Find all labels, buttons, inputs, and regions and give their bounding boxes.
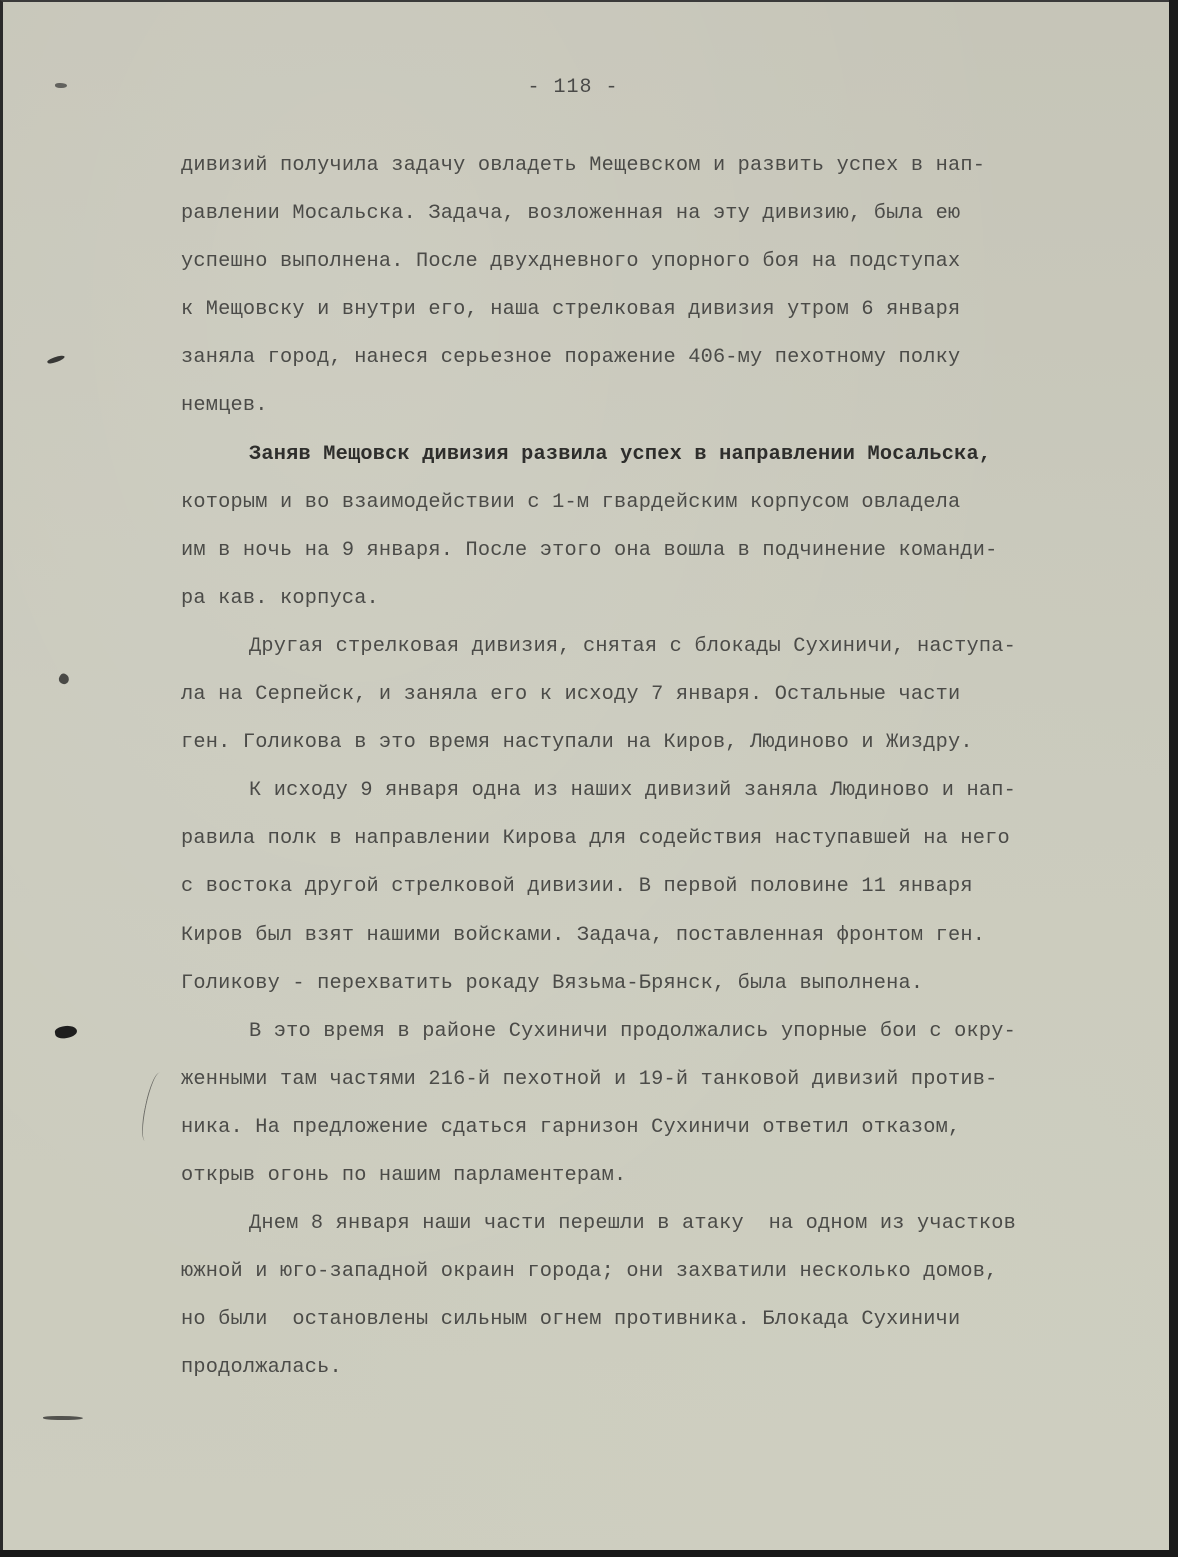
text-line: равлении Мосальска. Задача, возложенная … [181, 190, 1151, 238]
text-line: к Мещовску и внутри его, наша стрелковая… [181, 286, 1151, 334]
text-line: В это время в районе Сухиничи продолжали… [181, 1008, 1151, 1056]
punch-hole-mark [54, 1024, 78, 1040]
text-line: равила полк в направлении Кирова для сод… [181, 815, 1151, 863]
text-line: ра кав. корпуса. [181, 575, 1151, 623]
text-line: успешно выполнена. После двухдневного уп… [181, 238, 1151, 286]
page-number: - 118 - [3, 76, 1143, 99]
document-body: дивизий получила задачу овладеть Мещевск… [181, 142, 1151, 1392]
punch-hole-mark [57, 672, 71, 686]
pencil-check-mark [138, 1071, 167, 1143]
punch-hole-mark [43, 1416, 83, 1420]
text-line: открыв огонь по нашим парламентерам. [181, 1152, 1151, 1200]
text-line: Другая стрелковая дивизия, снятая с блок… [181, 623, 1151, 671]
punch-hole-mark [47, 354, 66, 365]
text-line: которым и во взаимодействии с 1-м гварде… [181, 479, 1151, 527]
text-line: Голикову - перехватить рокаду Вязьма-Бря… [181, 960, 1151, 1008]
text-line: К исходу 9 января одна из наших дивизий … [181, 767, 1151, 815]
text-line: ника. На предложение сдаться гарнизон Су… [181, 1104, 1151, 1152]
text-line: заняла город, нанеся серьезное поражение… [181, 334, 1151, 382]
text-line: немцев. [181, 382, 1151, 430]
text-line: продолжалась. [181, 1344, 1151, 1392]
text-line: Заняв Мещовск дивизия развила успех в на… [181, 431, 1151, 479]
text-line: дивизий получила задачу овладеть Мещевск… [181, 142, 1151, 190]
scanned-page: - 118 - дивизий получила задачу овладеть… [0, 0, 1169, 1550]
text-line: Киров был взят нашими войсками. Задача, … [181, 912, 1151, 960]
text-line: ген. Голикова в это время наступали на К… [181, 719, 1151, 767]
text-line: с востока другой стрелковой дивизии. В п… [181, 863, 1151, 911]
text-line: им в ночь на 9 января. После этого она в… [181, 527, 1151, 575]
text-line: но были остановлены сильным огнем против… [181, 1296, 1151, 1344]
text-line: Днем 8 января наши части перешли в атаку… [181, 1200, 1151, 1248]
text-line: женными там частями 216-й пехотной и 19-… [181, 1056, 1151, 1104]
text-line: южной и юго-западной окраин города; они … [181, 1248, 1151, 1296]
text-line: ла на Серпейск, и заняла его к исходу 7 … [181, 671, 1151, 719]
